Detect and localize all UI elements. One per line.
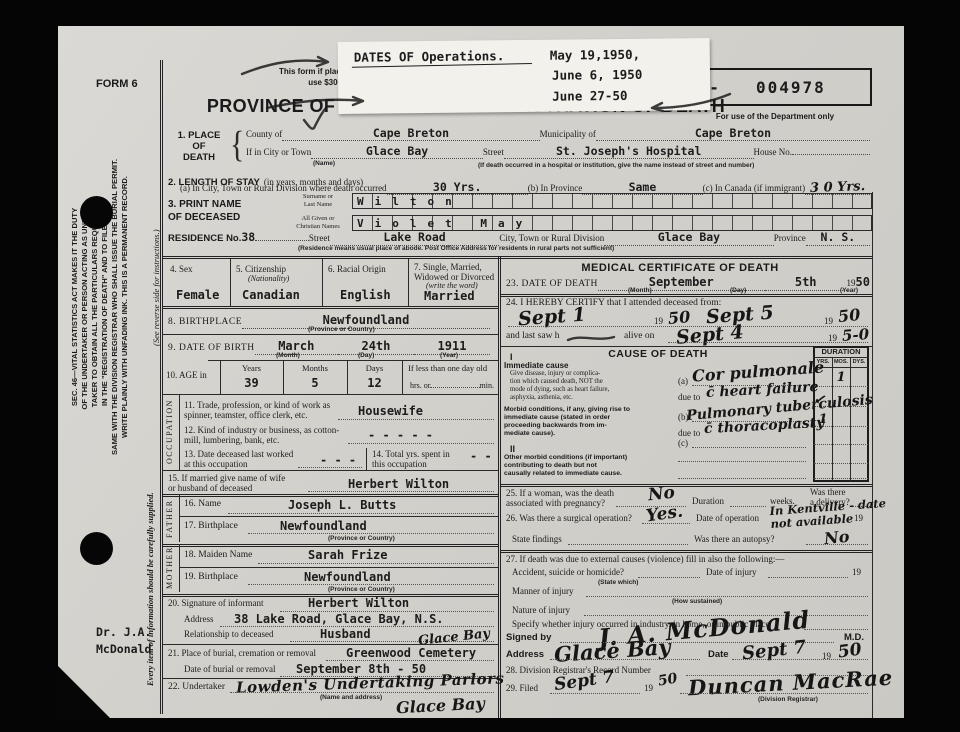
s27-accident-label: Accident, suicide or homicide? — [512, 567, 624, 577]
physician-address-value: Glace Bay — [553, 634, 671, 667]
s18-fill-line — [258, 563, 494, 564]
cause-a-duration-months: 1 — [832, 370, 850, 385]
s24-to-year: 50 — [837, 305, 861, 326]
s10-months-value: 5 — [283, 376, 347, 390]
column-divider — [498, 257, 501, 718]
s10-less-label: If less than one day old — [408, 363, 487, 373]
residence-division-label: City, Town or Rural Division — [499, 233, 604, 243]
s20-value: Herbert Wilton — [308, 596, 409, 610]
s9-year-note: (Year) — [440, 352, 458, 359]
s10-days-label: Days — [347, 363, 402, 373]
s21-date-label: Date of burial or removal — [184, 664, 275, 674]
cause-a-dueto-label: due to — [678, 392, 700, 402]
s20-label: 20. Signature of informant — [168, 598, 263, 608]
s24-alive-label: alive on — [624, 331, 654, 341]
punch-hole-top — [80, 196, 113, 229]
s29-fill-1 — [550, 693, 640, 694]
s27-state-which-note: (State which) — [598, 579, 638, 586]
s27-injury-yr: 19 — [852, 567, 861, 577]
s23-month-note: (Month) — [628, 287, 652, 294]
s15-value: Herbert Wilton — [348, 477, 449, 491]
s5-value: Canadian — [242, 288, 300, 302]
cause-of-death-title: CAUSE OF DEATH — [558, 348, 758, 360]
residence-division: Glace Bay — [658, 230, 720, 244]
s19-fill-line — [248, 584, 494, 585]
s27-how-note: (How sustained) — [672, 598, 722, 605]
s9-label: 9. DATE OF BIRTH — [168, 343, 255, 353]
residence-province: N. S. — [821, 230, 856, 244]
cause-b-dueto-label: due to — [678, 428, 700, 438]
s25-duration-fill — [730, 506, 766, 507]
s1-municipality-label: Municipality of — [540, 129, 596, 139]
s26-autopsy-label: Was there an autopsy? — [694, 534, 775, 544]
s10-label: 10. AGE in — [166, 370, 207, 380]
s5-sublabel: (Nationality) — [248, 274, 289, 283]
residence-street: Lake Road — [383, 230, 445, 244]
s10-min-label: min. — [480, 381, 494, 390]
certificate-paper: FORM 6 SEC. 46—VITAL STATISTICS ACT MAKE… — [58, 26, 904, 718]
handwritten-arrow-top-left — [238, 52, 338, 78]
s27-specify-fill — [804, 629, 868, 630]
s19-label: 19. Birthplace — [184, 572, 238, 582]
s9-month: March — [278, 339, 314, 353]
form-number: FORM 6 — [96, 78, 138, 90]
s29-label: 29. Filed — [506, 683, 538, 693]
s1-house-label: House No. — [754, 147, 793, 157]
scan-black-top — [0, 0, 960, 26]
age-box-bottom — [162, 394, 498, 395]
s2-b-label: (b) In Province — [528, 183, 582, 193]
occupation-gutter-line — [179, 394, 180, 470]
s2-c-label: (c) In Canada (if immigrant) — [703, 183, 805, 193]
s26-op-value: In Kentville - date not available — [769, 497, 887, 531]
s18-value: Sarah Frize — [308, 548, 387, 562]
s24-to-yr: 19 — [824, 316, 833, 326]
signed-by-label: Signed by — [506, 632, 551, 643]
s15-fill-line — [308, 491, 494, 492]
cell-divider-3 — [408, 259, 409, 306]
s27-manner-fill — [586, 596, 868, 597]
cause-a-label: (a) — [678, 376, 688, 386]
form-left-border — [160, 60, 163, 714]
father-group-label: FATHER — [165, 496, 174, 538]
s21-value: Greenwood Cemetery — [346, 646, 476, 660]
divider-after-s26 — [500, 550, 872, 553]
medical-certificate-title: MEDICAL CERTIFICATE OF DEATH — [510, 262, 850, 274]
physician-date-label: Date — [708, 649, 729, 660]
s29-fill-2 — [680, 693, 868, 694]
physician-date-fill — [732, 659, 868, 660]
s26-autopsy-value: No — [823, 527, 850, 549]
s1-brace: { — [230, 124, 244, 167]
s13-s14-divider — [366, 448, 367, 470]
other-morbid-line-1 — [678, 461, 806, 462]
divider-after-s14 — [162, 470, 498, 471]
s2-a-label: (a) In City, Town or Rural Division wher… — [180, 183, 387, 193]
s1-label: 1. PLACE OF DEATH — [168, 130, 230, 163]
cause-c-label: (c) — [678, 438, 688, 448]
s14-value: - - — [470, 449, 492, 463]
s10-days-value: 12 — [347, 376, 402, 390]
s23-day: 5th — [795, 275, 817, 289]
s10-years-label: Years — [220, 363, 283, 373]
s25-label: 25. If a woman, was the death associated… — [506, 488, 614, 508]
s27-accident-fill — [638, 577, 700, 578]
physician-date-value: Sept 7 — [741, 637, 807, 665]
s23-label: 23. DATE OF DEATH — [506, 279, 598, 289]
sticker-date-3: June 27-50 — [552, 88, 627, 104]
immediate-cause-label: Immediate cause — [504, 361, 568, 370]
physician-address-fill — [550, 659, 700, 660]
residence-note: (Residence means usual place of abode. P… — [298, 245, 614, 252]
s29-yr: 19 — [644, 683, 653, 693]
s22-fill-line — [230, 692, 494, 693]
s24-fill-line-2 — [668, 342, 868, 343]
s2-a-value: 30 Yrs. — [433, 180, 481, 194]
s23-day-note: (Day) — [730, 287, 746, 294]
s24-last-date: Sept 4 — [675, 321, 744, 349]
s13-value: - - - — [320, 453, 356, 467]
s1-street-label: Street — [483, 147, 504, 157]
s1-county-value: Cape Breton — [373, 126, 449, 140]
s4-value: Female — [176, 288, 219, 302]
registration-number: 004978 — [756, 78, 826, 97]
s18-label: 18. Maiden Name — [184, 550, 252, 560]
s21-label: 21. Place of burial, cremation or remova… — [168, 648, 316, 658]
divider-after-s23 — [500, 294, 872, 297]
divider-s16-s17 — [179, 516, 498, 517]
mother-gutter-line — [179, 544, 180, 592]
s23-year-note: (Year) — [840, 287, 858, 294]
s1-county-label: County of — [246, 129, 282, 139]
duration-title: DURATION — [813, 347, 869, 356]
morbid-conditions-label: Morbid conditions, if any, giving rise t… — [504, 406, 630, 438]
s4-label: 4. Sex — [170, 264, 193, 274]
s3-label: 3. PRINT NAME OF DECEASED — [168, 198, 241, 224]
s26-label: 26. Was there a surgical operation? — [506, 513, 632, 523]
s27-nature-label: Nature of injury — [512, 605, 570, 615]
s27-manner-label: Manner of injury — [512, 586, 573, 596]
divider-after-residence — [162, 256, 872, 259]
s26-op-label: Date of operation — [696, 513, 759, 523]
s22-note: (Name and address) — [320, 694, 382, 701]
duration-mos-label: MOS. — [832, 359, 850, 365]
s1-name-note: (Name) — [313, 160, 335, 167]
s27-injury-date-label: Date of injury — [706, 567, 756, 577]
s7-label: 7. Single, Married, Widowed or Divorced — [414, 262, 494, 282]
handwritten-checkmark-title — [300, 106, 330, 136]
s13-fill-line — [298, 467, 362, 468]
s27-injury-date-fill — [768, 577, 848, 578]
duration-guide-5 — [814, 463, 868, 464]
s22-hand-note: Glace Bay — [396, 694, 486, 718]
cause-c-line — [692, 447, 806, 448]
divider-after-s7 — [162, 306, 498, 309]
divider-after-s15 — [162, 494, 498, 497]
residence-label: RESIDENCE No. — [168, 233, 241, 244]
scan-black-bottom — [0, 718, 960, 732]
s26-autopsy-fill — [806, 544, 868, 545]
s19-value: Newfoundland — [304, 570, 391, 584]
form-right-border — [872, 192, 873, 718]
division-registrar-note: (Division Registrar) — [758, 696, 818, 703]
s9-day-note: (Day) — [358, 352, 374, 359]
s20-address-label: Address — [184, 614, 214, 624]
cell-divider-2 — [322, 259, 323, 306]
division-registrar-signature: Duncan MacRae — [687, 665, 893, 701]
s12-label: 12. Kind of industry or business, as cot… — [184, 425, 339, 445]
occupation-group-label: OCCUPATION — [165, 398, 174, 464]
s20-address-value: 38 Lake Road, Glace Bay, N.S. — [234, 612, 444, 626]
divider-after-s8 — [162, 334, 498, 335]
s25-duration-label: Duration — [692, 496, 724, 506]
s26-op-yr: 19 — [854, 513, 863, 523]
divider-s18-s19 — [179, 567, 498, 568]
s11-value: Housewife — [358, 404, 423, 418]
s26-fill — [642, 523, 690, 524]
s12-value: - - - - - — [368, 428, 433, 442]
s15-label: 15. If married give name of wife or husb… — [168, 473, 285, 493]
s8-value: Newfoundland — [323, 313, 410, 327]
s10-months-label: Months — [283, 363, 347, 373]
s17-note: (Province or Country) — [328, 535, 395, 542]
s7-value: Married — [424, 289, 475, 303]
residence-number: 38 — [241, 230, 255, 244]
statute-vertical-text: SEC. 46—VITAL STATISTICS ACT MAKES IT TH… — [70, 142, 130, 472]
physician-address-label: Address — [506, 649, 544, 660]
s16-fill-line — [228, 513, 494, 514]
s16-value: Joseph L. Butts — [288, 498, 396, 512]
s9-year: 1911 — [438, 339, 467, 353]
s24-last-saw-label: and last saw h — [506, 331, 560, 341]
divider-after-s17 — [162, 544, 498, 547]
s1-city-label: If in City or Town — [246, 147, 311, 157]
s13-label: 13. Date deceased last worked at this oc… — [184, 449, 293, 469]
s11-fill-line — [338, 419, 494, 420]
s20-relationship-label: Relationship to deceased — [184, 629, 273, 639]
duration-dys-label: DYS. — [850, 359, 868, 365]
s26-findings-label: State findings — [512, 534, 562, 544]
s1-city-value: Glace Bay — [366, 144, 428, 158]
s26-findings-fill — [568, 544, 688, 545]
other-morbid-label: Other morbid conditions (if important) c… — [504, 454, 627, 478]
scan-black-right — [904, 0, 960, 732]
s17-label: 17. Birthplace — [184, 521, 238, 531]
s9-day: 24th — [361, 339, 390, 353]
s10-years-value: 39 — [220, 376, 283, 390]
immediate-cause-desc: Give disease, injury or complica- tion w… — [510, 370, 609, 402]
s27-label: 27. If death was due to external causes … — [506, 554, 784, 564]
s14-label: 14. Total yrs. spent in this occupation — [372, 449, 450, 469]
s6-label: 6. Racial Origin — [328, 264, 386, 274]
s17-value: Newfoundland — [280, 519, 367, 533]
s6-value: English — [340, 288, 391, 302]
s24-scrawl — [566, 332, 618, 344]
s20-relationship-value: Husband — [320, 627, 371, 641]
s22-label: 22. Undertaker — [168, 682, 225, 692]
duration-guide-4 — [814, 444, 868, 445]
s24-from-yr: 19 — [654, 316, 663, 326]
s8-note: (Province or Country) — [308, 326, 375, 333]
s1-municipality-value: Cape Breton — [695, 126, 771, 140]
s3-surname-sublabel: Surname or Last Name — [286, 193, 350, 209]
doctor-margin-note: Dr. J.A. McDonald — [96, 624, 151, 658]
sticker-heading: DATES OF Operations. — [354, 48, 505, 65]
father-gutter-line — [179, 494, 180, 542]
handwritten-arrow-right — [646, 88, 736, 114]
punch-hole-bottom — [80, 532, 113, 565]
cause-roman-ii: II — [510, 444, 515, 454]
s17-fill-line — [248, 533, 494, 534]
duration-guide-1 — [814, 386, 868, 387]
s10-hrs-label: hrs. or — [410, 381, 430, 390]
s2-b-value: Same — [629, 180, 657, 194]
scan-black-left — [0, 0, 58, 732]
age-vline-4 — [402, 360, 403, 394]
s8-label: 8. BIRTHPLACE — [168, 317, 242, 327]
s12-fill-line — [348, 443, 494, 444]
s24-from-year: 50 — [667, 307, 691, 328]
cause-b-checkmark: ✓ — [809, 391, 829, 409]
s9-month-note: (Month) — [276, 352, 300, 359]
s3-surname-value: Wilton — [357, 195, 463, 208]
residence-province-label: Province — [774, 233, 806, 243]
s5-label: 5. Citizenship — [236, 264, 286, 274]
s11-label: 11. Trade, profession, or kind of work a… — [184, 400, 330, 420]
sticker-date-1: May 19,1950, — [550, 47, 640, 63]
s19-note: (Province or Country) — [328, 586, 395, 593]
s23-month: September — [649, 275, 714, 289]
s1-hospital-note: (If death occurred in a hospital or inst… — [478, 162, 754, 169]
divider-after-s20 — [162, 644, 498, 645]
cell-divider-1 — [230, 259, 231, 306]
other-morbid-line-2 — [678, 478, 806, 479]
age-box-top — [208, 360, 498, 361]
s21-fill-line — [326, 660, 494, 661]
duration-guide-6 — [814, 478, 868, 479]
s16-label: 16. Name — [184, 499, 221, 509]
s29-filed-year: 50 — [657, 670, 679, 689]
mother-group-label: MOTHER — [165, 543, 174, 589]
residence-street-label: Street — [309, 233, 330, 243]
s1-street-value: St. Joseph's Hospital — [556, 144, 701, 158]
sticker-date-2: June 6, 1950 — [552, 67, 642, 83]
